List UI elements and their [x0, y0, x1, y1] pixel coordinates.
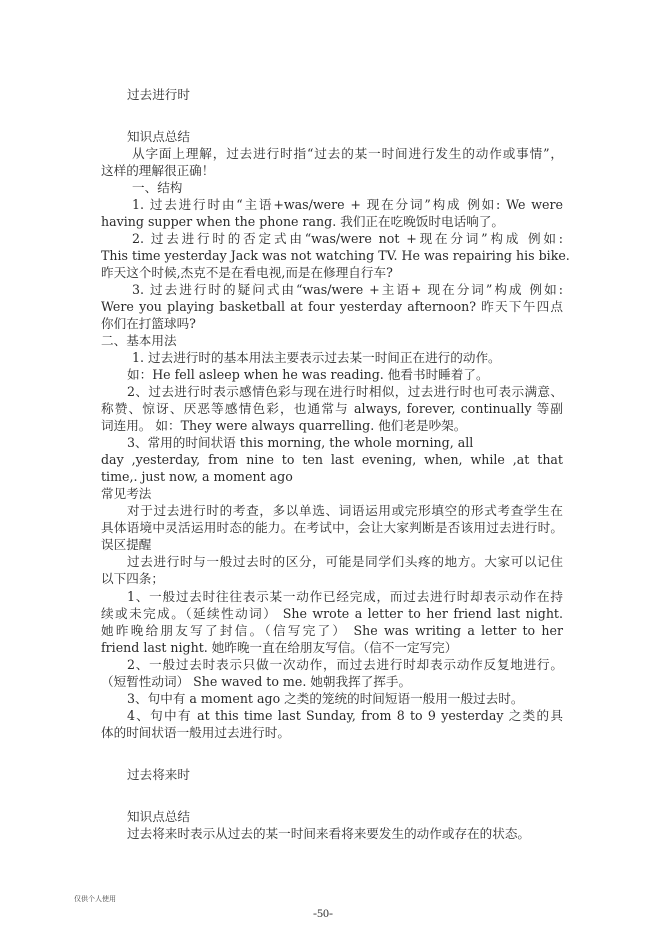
text-line: 从字面上理解，过去进行时指“过去的某一时间进行发生的动作或事情”， — [132, 145, 563, 162]
text-line: 过去将来时表示从过去的某一时间来看将来要发生的动作或存在的状态。 — [127, 825, 530, 842]
text-line: 误区提醒 — [101, 536, 151, 553]
text-line: 续或未完成。（延续性动词） She wrote a letter to her … — [101, 605, 563, 622]
text-line: 过去进行时 — [127, 86, 190, 103]
text-line: having supper when the phone rang. 我们正在吃… — [101, 213, 504, 230]
text-line: 1. 过去进行时由“主语+was/were + 现在分词”构成 例如: We w… — [132, 196, 563, 213]
text-line: 知识点总结 — [127, 128, 190, 145]
footer-note: 仅供个人使用 — [74, 894, 116, 904]
text-line: 1、一般过去时往往表示某一动作已经完成，而过去进行时却表示动作在持 — [127, 588, 563, 605]
text-line: 3、句中有 a moment ago 之类的笼统的时间短语一般用一般过去时。 — [127, 690, 523, 707]
text-line: 2. 过去进行时的否定式由“was/were not +现在分词”构成 例如: — [132, 230, 563, 247]
text-line: This time yesterday Jack was not watchin… — [101, 247, 563, 264]
text-line: 对于过去进行时的考查，多以单选、词语运用或完形填空的形式考查学生在 — [127, 502, 563, 519]
text-line: 体的时间状语一般用过去进行时。 — [101, 724, 290, 741]
text-line: 词连用。 如：They were always quarrelling. 他们老… — [101, 417, 466, 434]
text-line: friend last night. 她昨晚一直在给朋友写信。（信不一定写完） — [101, 639, 457, 656]
text-line: 1. 过去进行时的基本用法主要表示过去某一时间正在进行的动作。 — [132, 349, 501, 366]
text-line: 常见考法 — [101, 485, 151, 502]
text-line: 以下四条； — [101, 570, 164, 587]
text-line: day ,yesterday, from nine to ten last ev… — [101, 451, 563, 468]
page-number: -50- — [313, 906, 333, 921]
text-line: 具体语境中灵活运用时态的能力。在考试中，会让大家判断是否该用过去进行时。 — [101, 519, 563, 536]
text-line: 过去将来时 — [127, 766, 190, 783]
text-line: 3. 过去进行时的疑问式由“was/were +主语+ 现在分词”构成 例如: — [132, 281, 563, 298]
text-line: 这样的理解很正确！ — [101, 162, 214, 179]
text-line: 一、结构 — [132, 179, 182, 196]
text-line: 4、句中有 at this time last Sunday, from 8 t… — [127, 707, 563, 724]
text-line: time,. just now, a moment ago — [101, 468, 293, 485]
text-line: 二、基本用法 — [101, 332, 177, 349]
text-line: 过去进行时与一般过去时的区分，可能是同学们头疼的地方。大家可以记住 — [127, 553, 563, 570]
text-line: 昨天这个时候,杰克不是在看电视,而是在修理自行车? — [101, 264, 393, 281]
text-line: 2、过去进行时表示感情色彩与现在进行时相似，过去进行时也可表示满意、 — [127, 383, 563, 400]
text-line: 知识点总结 — [127, 808, 190, 825]
text-line: 如：He fell asleep when he was reading. 他看… — [127, 366, 489, 383]
text-line: 2、一般过去时表示只做一次动作，而过去进行时却表示动作反复地进行。 — [127, 656, 563, 673]
text-line: Were you playing basketball at four yest… — [101, 298, 563, 315]
text-line: （短暂性动词） She waved to me. 她朝我挥了挥手。 — [101, 673, 411, 690]
text-line: 称赞、惊讶、厌恶等感情色彩，也通常与 always, forever, cont… — [101, 400, 563, 417]
text-line: 她昨晚给朋友写了封信。（信写完了） She was writing a lett… — [101, 622, 563, 639]
text-line: 你们在打篮球吗? — [101, 315, 196, 332]
text-line: 3、常用的时间状语 this morning, the whole mornin… — [127, 434, 473, 451]
